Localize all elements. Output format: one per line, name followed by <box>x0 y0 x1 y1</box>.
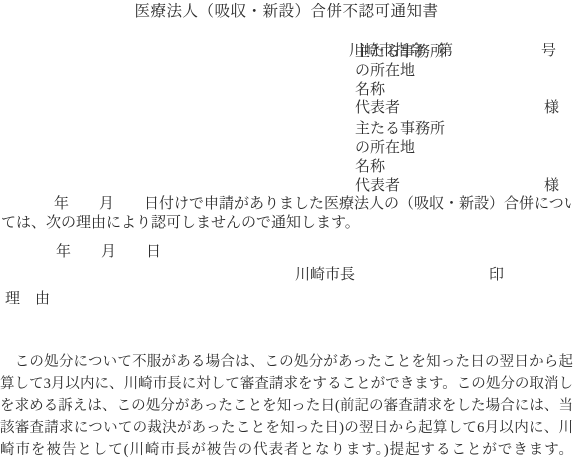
addressee2-name-label: 名称 <box>355 158 385 176</box>
document-page: 医療法人（吸収・新設）合併不認可通知書 川崎市指令第号 主たる事務所 の所在地 … <box>0 0 573 463</box>
notification-sentence-line2: ては、次の理由により認可しませんので通知します。 <box>1 214 360 232</box>
addressee1-name-label: 名称 <box>355 81 385 99</box>
reason-label: 理 由 <box>5 290 50 308</box>
addressee1-office-label-line2: の所在地 <box>355 62 415 80</box>
mayor-signature: 川崎市長 <box>295 266 355 284</box>
addressee1-representative-label: 代表者 <box>355 99 400 117</box>
appeal-notice-line: 算して3月以内に、川崎市長に対して審査請求をすることができます。この処分の取消し <box>0 373 573 395</box>
appeal-notice-line: 崎市を被告として(川崎市長が被告の代表者となります。)提起することができます。 <box>0 439 573 461</box>
directive-number-suffix: 号 <box>541 43 556 59</box>
addressee1-office-label-line1: 主たる事務所 <box>355 43 445 61</box>
addressee2-office-label-line1: 主たる事務所 <box>355 120 445 138</box>
notification-sentence-line1: 年 月 日付けで申請がありました医療法人の（吸収・新設）合併につい <box>54 195 573 213</box>
addressee2-honorific: 様 <box>544 177 559 195</box>
seal-mark: 印 <box>489 266 504 284</box>
appeal-notice-line: この処分について不服がある場合は、この処分があったことを知った日の翌日から起 <box>0 351 573 373</box>
appeal-notice-line: 該審査請求についての裁決があったことを知った日)の翌日から起算して6月以内に、川 <box>0 417 573 439</box>
date-line: 年 月 日 <box>56 243 161 261</box>
document-title: 医療法人（吸収・新設）合併不認可通知書 <box>0 3 573 21</box>
addressee2-office-label-line2: の所在地 <box>355 139 415 157</box>
appeal-notice: この処分について不服がある場合は、この処分があったことを知った日の翌日から起 算… <box>0 351 573 461</box>
addressee1-honorific: 様 <box>544 99 559 117</box>
appeal-notice-line: を求める訴えは、この処分があったことを知った日(前記の審査請求をした場合には、当 <box>0 395 573 417</box>
addressee2-representative-label: 代表者 <box>355 177 400 195</box>
